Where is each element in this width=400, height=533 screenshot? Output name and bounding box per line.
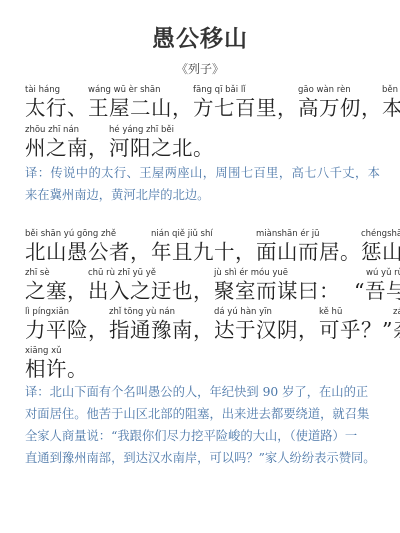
pinyin: xiāng xǔ — [25, 345, 62, 357]
pinyin: tài háng — [25, 84, 60, 96]
ruby-segment: tài háng太行 — [25, 84, 67, 120]
hanzi: 指通豫南 — [109, 318, 193, 342]
hanzi: 面山而居 — [256, 240, 340, 264]
ruby-segment: jù shì ér móu yuē聚室而谋曰 — [214, 267, 319, 303]
passage-1-line-1: tài háng太行 、 wáng wū èr shān王屋二山 ， fāng … — [25, 84, 385, 120]
passage-2-line-3: lì píngxiǎn力平险 ， zhǐ tōng yù nán指通豫南 ， d… — [25, 306, 385, 342]
hanzi: ： — [319, 279, 340, 303]
pinyin: chéngshān běi — [361, 228, 400, 240]
ruby-segment: zá rán杂然 — [393, 306, 400, 342]
hanzi: 北山愚公者 — [25, 240, 130, 264]
ruby-segment: wáng wū èr shān王屋二山 — [88, 84, 172, 120]
passage-2-line-2: zhī sè之塞 ， chū rù zhī yū yě出入之迂也 ， jù sh… — [25, 267, 385, 303]
pinyin: miànshān ér jū — [256, 228, 320, 240]
pinyin: běi shān yú gōng zhě — [25, 228, 116, 240]
ruby-segment: wú yǔ rǔ bì“吾与汝毕 — [340, 267, 400, 303]
translation-line: 直通到豫州南部，到达汉水南岸，可以吗？”家人纷纷表示赞同。 — [25, 447, 380, 469]
punctuation: ， — [88, 306, 109, 342]
punctuation: ， — [172, 84, 193, 120]
hanzi: ， — [88, 318, 109, 342]
ruby-segment: chéngshān běi惩山北 — [361, 228, 400, 264]
ruby-segment: běi shān yú gōng zhě北山愚公者 — [25, 228, 130, 264]
punctuation: ， — [277, 84, 298, 120]
ruby-segment: zhī sè之塞 — [25, 267, 67, 303]
punctuation: ， — [193, 306, 214, 342]
translation-label: 译： — [25, 166, 50, 180]
ruby-segment: fāng qī bǎi lǐ方七百里 — [193, 84, 277, 120]
hanzi: ， — [361, 96, 382, 120]
ruby-segment: zhōu zhī nán州之南 — [25, 124, 88, 160]
hanzi: 力平险 — [25, 318, 88, 342]
hanzi: ， — [172, 96, 193, 120]
punctuation: ， — [130, 228, 151, 264]
hanzi: 、 — [67, 96, 88, 120]
pinyin: nián qiě jiǔ shí — [151, 228, 213, 240]
punctuation: ， — [193, 267, 214, 303]
ruby-segment: xiāng xǔ相许 — [25, 345, 67, 381]
ruby-segment: kě hū可乎？” — [319, 306, 393, 342]
pinyin: lì píngxiǎn — [25, 306, 69, 318]
hanzi: ， — [277, 96, 298, 120]
pinyin: wú yǔ rǔ bì — [354, 267, 400, 279]
hanzi: 太行 — [25, 96, 67, 120]
translation-line: 译：北山下面有个名叫愚公的人，年纪快到 90 岁了，在山的正 — [25, 381, 380, 403]
pinyin: kě hū — [319, 306, 342, 318]
hanzi: ， — [193, 318, 214, 342]
ruby-segment: lì píngxiǎn力平险 — [25, 306, 88, 342]
hanzi: 州之南 — [25, 136, 88, 160]
hanzi: 杂然 — [393, 318, 400, 342]
hanzi: “吾与汝毕 — [354, 279, 400, 303]
source-attribution: 《列子》 — [0, 60, 400, 77]
ruby-segment: běn zài jì本在冀 — [382, 84, 400, 120]
hanzi: 本在冀 — [382, 96, 400, 120]
hanzi: ， — [193, 279, 214, 303]
passage-2-line-1: běi shān yú gōng zhě北山愚公者 ， nián qiě jiǔ… — [25, 228, 385, 264]
punctuation: 、 — [67, 84, 88, 120]
hanzi: 王屋二山 — [88, 96, 172, 120]
hanzi: ， — [130, 240, 151, 264]
punctuation: ， — [67, 267, 88, 303]
hanzi: 惩山北 — [361, 240, 400, 264]
translation-line: 全家人商量说：“我跟你们尽力挖平险峻的大山，（使道路）一 — [25, 425, 380, 447]
ruby-segment: zhǐ tōng yù nán指通豫南 — [109, 306, 193, 342]
hanzi: 方七百里 — [193, 96, 277, 120]
hanzi: 年且九十 — [151, 240, 235, 264]
pinyin: fāng qī bǎi lǐ — [193, 84, 246, 96]
punctuation: ， — [361, 84, 382, 120]
translation-label: 译： — [25, 385, 50, 399]
translation-1: 译：传说中的太行、王屋两座山，周围七百里，高七八千丈，本来在冀州南边，黄河北岸的… — [25, 162, 380, 206]
ruby-segment: chū rù zhī yū yě出入之迂也 — [88, 267, 193, 303]
passage-2-line-4: xiāng xǔ相许 。 — [25, 345, 385, 381]
punctuation: ， — [298, 306, 319, 342]
pinyin: zhōu zhī nán — [25, 124, 79, 136]
hanzi: ， — [67, 279, 88, 303]
hanzi: 之塞 — [25, 279, 67, 303]
punctuation: ， — [88, 124, 109, 160]
hanzi: ， — [88, 136, 109, 160]
hanzi: 河阳之北 — [109, 136, 193, 160]
punctuation: ： — [319, 267, 340, 303]
ruby-segment: nián qiě jiǔ shí年且九十 — [151, 228, 235, 264]
hanzi: 高万仞 — [298, 96, 361, 120]
translation-text: 北山下面有个名叫愚公的人，年纪快到 90 岁了，在山的正 — [50, 385, 369, 399]
pinyin: jù shì ér móu yuē — [214, 267, 288, 279]
hanzi: 。 — [67, 357, 88, 381]
pinyin: gāo wàn rèn — [298, 84, 351, 96]
hanzi: 相许 — [25, 357, 67, 381]
pinyin: chū rù zhī yū yě — [88, 267, 156, 279]
punctuation: 。 — [67, 345, 88, 381]
hanzi: ， — [298, 318, 319, 342]
hanzi: 可乎？” — [319, 318, 393, 342]
hanzi: ， — [235, 240, 256, 264]
translation-line: 对面居住。他苦于山区北部的阻塞，出来进去都要绕道，就召集 — [25, 403, 380, 425]
pinyin: zhī sè — [25, 267, 50, 279]
hanzi: 达于汉阴 — [214, 318, 298, 342]
hanzi: 。 — [193, 136, 214, 160]
pinyin: běn zài jì — [382, 84, 400, 96]
pinyin: zá rán — [393, 306, 400, 318]
page-title: 愚公移山 — [0, 20, 400, 53]
translation-text: 传说中的太行、王屋两座山，周围七百里，高七八千丈，本来在冀州南边，黄河北岸的北边… — [25, 166, 380, 202]
pinyin: zhǐ tōng yù nán — [109, 306, 175, 318]
passage-1-line-2: zhōu zhī nán州之南 ， hé yáng zhī běi河阳之北 。 — [25, 124, 385, 160]
punctuation: 。 — [193, 124, 214, 160]
ruby-segment: hé yáng zhī běi河阳之北 — [109, 124, 193, 160]
ruby-segment: gāo wàn rèn高万仞 — [298, 84, 361, 120]
ruby-segment: miànshān ér jū面山而居 — [256, 228, 340, 264]
pinyin: dá yú hàn yīn — [214, 306, 272, 318]
hanzi: 出入之迂也 — [88, 279, 193, 303]
hanzi: 。 — [340, 240, 361, 264]
pinyin: hé yáng zhī běi — [109, 124, 174, 136]
hanzi: 聚室而谋曰 — [214, 279, 319, 303]
punctuation: 。 — [340, 228, 361, 264]
pinyin: wáng wū èr shān — [88, 84, 161, 96]
translation-2: 译：北山下面有个名叫愚公的人，年纪快到 90 岁了，在山的正 对面居住。他苦于山… — [25, 381, 380, 469]
ruby-segment: dá yú hàn yīn达于汉阴 — [214, 306, 298, 342]
punctuation: ， — [235, 228, 256, 264]
